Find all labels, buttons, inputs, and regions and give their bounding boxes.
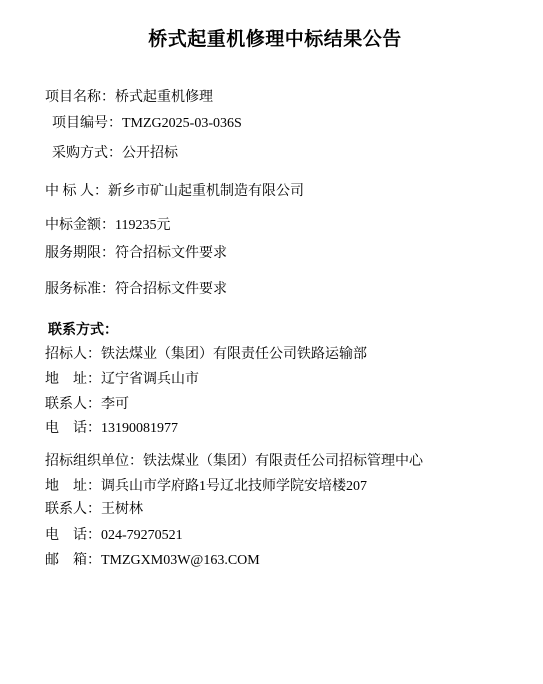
field-value: TMZG2025-03-036S [122, 116, 242, 131]
field-label: 邮 箱： [45, 553, 101, 568]
row-tenderer-address: 地 址：辽宁省调兵山市 [45, 370, 505, 389]
field-value: 公开招标 [122, 146, 178, 161]
field-label: 招标人： [45, 347, 101, 362]
field-label: 项目名称： [45, 90, 115, 105]
field-label: 联系人： [45, 502, 101, 517]
page-title: 桥式起重机修理中标结果公告 [45, 28, 505, 52]
row-project-name: 项目名称：桥式起重机修理 [45, 88, 505, 107]
row-tenderer: 招标人：铁法煤业（集团）有限责任公司铁路运输部 [45, 345, 505, 364]
field-label: 地 址： [45, 479, 101, 494]
row-service-period: 服务期限：符合招标文件要求 [45, 244, 505, 263]
field-value: 符合招标文件要求 [115, 282, 227, 297]
field-value: 铁法煤业（集团）有限责任公司铁路运输部 [101, 347, 367, 362]
field-label: 电 话： [45, 421, 101, 436]
row-organizer-phone: 电 话：024-79270521 [45, 526, 505, 545]
field-value: 王树林 [101, 502, 143, 517]
field-label: 中 标 人： [45, 184, 108, 199]
contact-heading: 联系方式： [45, 321, 505, 340]
field-label: 采购方式： [52, 146, 122, 161]
field-value: 调兵山市学府路1号辽北技师学院安培楼207 [101, 479, 367, 494]
field-label: 服务期限： [45, 246, 115, 261]
field-value: 119235元 [115, 218, 170, 233]
row-service-standard: 服务标准：符合招标文件要求 [45, 280, 505, 299]
field-label: 地 址： [45, 372, 101, 387]
field-label: 中标金额： [45, 218, 115, 233]
row-procurement-method: 采购方式：公开招标 [45, 144, 505, 163]
field-label: 电 话： [45, 528, 101, 543]
row-organizer: 招标组织单位：铁法煤业（集团）有限责任公司招标管理中心 [45, 452, 505, 471]
field-value: 新乡市矿山起重机制造有限公司 [108, 184, 304, 199]
field-value: 024-79270521 [101, 528, 183, 543]
field-value: 13190081977 [101, 421, 178, 436]
row-organizer-email: 邮 箱：TMZGXM03W@163.COM [45, 551, 505, 570]
field-label: 项目编号： [52, 116, 122, 131]
field-label: 联系人： [45, 397, 101, 412]
row-winning-amount: 中标金额：119235元 [45, 216, 505, 235]
field-value: TMZGXM03W@163.COM [101, 553, 260, 568]
row-winning-bidder: 中 标 人：新乡市矿山起重机制造有限公司 [45, 182, 505, 201]
field-value: 铁法煤业（集团）有限责任公司招标管理中心 [143, 454, 423, 469]
row-organizer-contact-person: 联系人：王树林 [45, 500, 505, 519]
field-value: 桥式起重机修理 [115, 90, 213, 105]
document-page: 桥式起重机修理中标结果公告 项目名称：桥式起重机修理 项目编号：TMZG2025… [0, 0, 543, 684]
row-organizer-address: 地 址：调兵山市学府路1号辽北技师学院安培楼207 [45, 477, 505, 496]
field-value: 符合招标文件要求 [115, 246, 227, 261]
field-label: 服务标准： [45, 282, 115, 297]
row-project-number: 项目编号：TMZG2025-03-036S [45, 114, 505, 133]
field-label: 招标组织单位： [45, 454, 143, 469]
row-tenderer-contact-person: 联系人：李可 [45, 395, 505, 414]
field-value: 辽宁省调兵山市 [101, 372, 199, 387]
row-tenderer-phone: 电 话：13190081977 [45, 419, 505, 438]
field-value: 李可 [101, 397, 129, 412]
